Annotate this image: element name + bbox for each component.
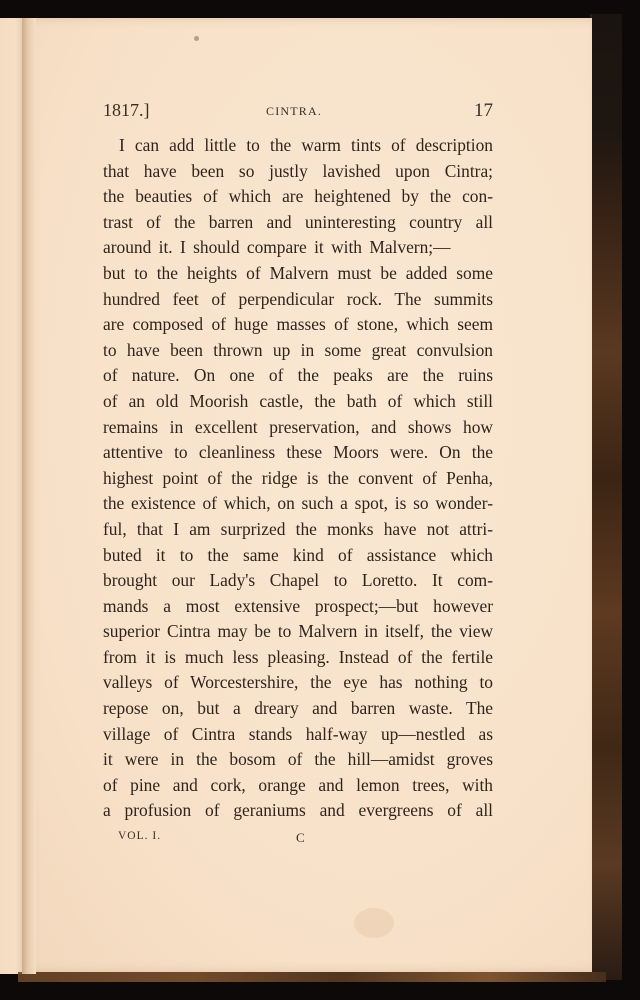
text-line: valleys of Worcestershire, the eye has n… — [103, 670, 493, 696]
text-line: mands a most extensive prospect;—but how… — [103, 594, 493, 620]
text-line: superior Cintra may be to Malvern in its… — [103, 619, 493, 645]
text-line: the existence of which, on such a spot, … — [103, 491, 493, 517]
text-line: buted it to the same kind of assistance … — [103, 543, 493, 569]
text-line: from it is much less pleasing. Instead o… — [103, 645, 493, 671]
speck — [194, 36, 199, 41]
text-line: attentive to cleanliness these Moors wer… — [103, 440, 493, 466]
text-line: the beauties of which are heightened by … — [103, 184, 493, 210]
text-line: hundred feet of perpendicular rock. The … — [103, 287, 493, 313]
book-binding-edge — [590, 14, 622, 980]
text-line: are composed of huge masses of stone, wh… — [103, 312, 493, 338]
page-number: 17 — [474, 100, 493, 122]
text-line: brought our Lady's Chapel to Loretto. It… — [103, 568, 493, 594]
text-line: a profusion of geraniums and evergreens … — [103, 798, 493, 824]
text-line: of an old Moorish castle, the bath of wh… — [103, 389, 493, 415]
text-line: around it. I should compare it with Malv… — [103, 235, 493, 261]
book-binding-bottom — [18, 972, 606, 982]
page-gutter — [22, 18, 36, 974]
page-footer: VOL. I. C — [118, 830, 418, 850]
text-line: that have been so justly lavished upon C… — [103, 159, 493, 185]
running-head-year: 1817.] — [103, 100, 150, 121]
text-line: of pine and cork, orange and lemon trees… — [103, 773, 493, 799]
body-text: I can add little to the warm tints of de… — [103, 133, 493, 824]
text-line: repose on, but a dreary and barren waste… — [103, 696, 493, 722]
text-line: I can add little to the warm tints of de… — [103, 133, 493, 159]
text-line: remains in excellent preservation, and s… — [103, 415, 493, 441]
text-line: but to the heights of Malvern must be ad… — [103, 261, 493, 287]
running-head-title: CINTRA. — [266, 104, 322, 119]
signature-mark: C — [296, 830, 306, 846]
volume-label: VOL. I. — [118, 830, 161, 842]
foxing-stain — [354, 908, 394, 938]
text-line: highest point of the ridge is the conven… — [103, 466, 493, 492]
text-line: ful, that I am surprized the monks have … — [103, 517, 493, 543]
text-line: trast of the barren and uninteresting co… — [103, 210, 493, 236]
text-line: to have been thrown up in some great con… — [103, 338, 493, 364]
text-line: it were in the bosom of the hill—amidst … — [103, 747, 493, 773]
text-line: village of Cintra stands half-way up—nes… — [103, 722, 493, 748]
text-line: of nature. On one of the peaks are the r… — [103, 363, 493, 389]
facing-page-edge — [0, 18, 22, 974]
running-head: 1817.] CINTRA. 17 — [103, 100, 493, 124]
